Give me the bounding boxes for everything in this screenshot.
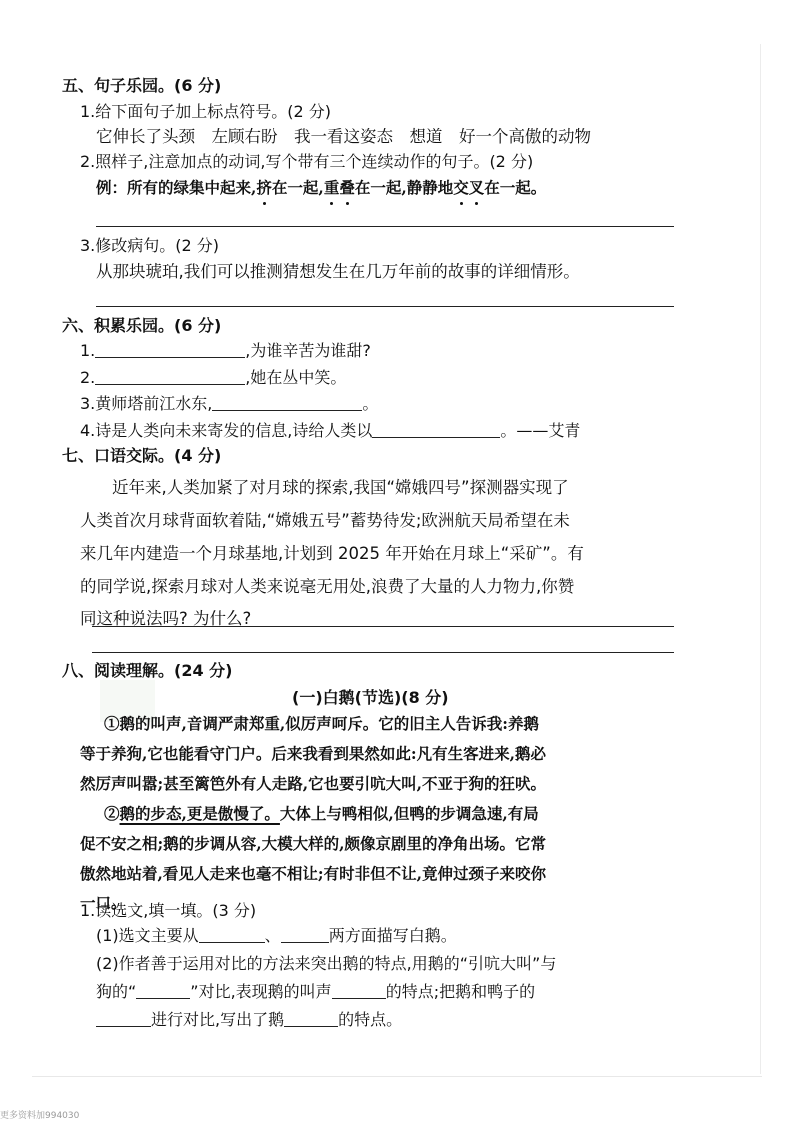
- section5-q2-prompt: 2.照样子,注意加点的动词,写个带有三个连续动作的句子。(2 分): [80, 152, 533, 172]
- section5-title: 五、句子乐园。(6 分): [62, 76, 221, 96]
- section8-title: 八、阅读理解。(24 分): [62, 661, 232, 681]
- sub-text: 狗的“: [96, 982, 136, 1001]
- section6-item-4: 4.诗是人类向未来寄发的信息,诗给人类以。——艾青: [80, 421, 580, 441]
- answer-line-s7-1[interactable]: [92, 626, 674, 627]
- section5-q2-example: 例：所有的绿集中起来,挤在一起,重叠在一起,静静地交叉在一起。: [96, 178, 546, 198]
- example-text: 例：所有的绿集中起来,: [96, 178, 256, 197]
- fill-blank[interactable]: [284, 1010, 338, 1027]
- example-text: 在一起。: [484, 178, 546, 197]
- sub-text: 、: [265, 926, 281, 945]
- item-number: 4.诗是人类向未来寄发的信息,诗给人类以: [80, 421, 372, 440]
- underlined-sentence: 鹅的步态,更是傲慢了。: [120, 804, 280, 823]
- section7-line: 来几年内建造一个月球基地,计划到 2025 年开始在月球上“采矿”。有: [80, 544, 584, 564]
- item-number: 2.: [80, 368, 95, 387]
- fill-blank[interactable]: [199, 926, 265, 943]
- passage-para2-line: 傲然地站着,看见人走来也毫不相让;有时非但不让,竟伸过颈子来咬你: [80, 864, 546, 884]
- passage-title: (一)白鹅(节选)(8 分): [292, 688, 449, 708]
- item-text: 。: [362, 394, 378, 413]
- page-edge-line: [760, 44, 761, 1074]
- section5-q1-sentence: 它伸长了头颈 左顾右盼 我一看这姿态 想道 好一个高傲的动物: [96, 127, 591, 147]
- fill-blank[interactable]: [372, 421, 500, 438]
- section8-q1-prompt: 1.读选文,填一填。(3 分): [80, 901, 256, 921]
- section5-q1-prompt: 1.给下面句子加上标点符号。(2 分): [80, 102, 331, 122]
- fill-blank[interactable]: [281, 926, 329, 943]
- fill-blank[interactable]: [332, 982, 386, 999]
- section7-line: 人类首次月球背面软着陆,“嫦娥五号”蓄势待发;欧洲航天局希望在未: [80, 511, 570, 531]
- section6-title: 六、积累乐园。(6 分): [62, 316, 221, 336]
- passage-para1-line: 等于养狗,它也能看守门户。后来我看到果然如此:凡有生客进来,鹅必: [80, 744, 546, 764]
- example-text: 在一起,静静地: [355, 178, 453, 197]
- section6-item-1: 1.,为谁辛苦为谁甜?: [80, 341, 371, 361]
- sub-text: ”对比,表现鹅的叫声: [190, 982, 331, 1001]
- section5-q3-prompt: 3.修改病句。(2 分): [80, 236, 219, 256]
- dotted-verb: 叠: [339, 178, 355, 198]
- passage-para1-line: ①鹅的叫声,音调严肃郑重,似厉声呵斥。它的旧主人告诉我:养鹅: [104, 714, 539, 734]
- item-number: 3.黄师塔前江水东,: [80, 394, 212, 413]
- fill-blank[interactable]: [95, 368, 245, 385]
- passage-para2-line: ②鹅的步态,更是傲慢了。大体上与鸭相似,但鸭的步调急速,有局: [104, 804, 539, 824]
- example-text: 在一起,: [272, 178, 324, 197]
- para-marker: ②: [104, 804, 120, 823]
- item-number: 1.: [80, 341, 95, 360]
- section8-q1-sub2-line2: 狗的“”对比,表现鹅的叫声的特点;把鹅和鸭子的: [96, 982, 535, 1002]
- para-text: 大体上与鸭相似,但鸭的步调急速,有局: [280, 804, 539, 823]
- section6-item-2: 2.,她在丛中笑。: [80, 368, 346, 388]
- fill-blank[interactable]: [136, 982, 190, 999]
- passage-para2-line: 促不安之相;鹅的步调从容,大模大样的,颇像京剧里的净角出场。它常: [80, 834, 546, 854]
- item-text: 。——艾青: [500, 421, 580, 440]
- passage-para1-line: 然厉声叫嚣;甚至篱笆外有人走路,它也要引吭大叫,不亚于狗的狂吠。: [80, 774, 546, 794]
- dotted-verb: 挤: [256, 178, 272, 198]
- dotted-verb: 叉: [469, 178, 485, 198]
- section8-q1-sub2-line1: (2)作者善于运用对比的方法来突出鹅的特点,用鹅的“引吭大叫”与: [96, 954, 556, 974]
- sub-text: (1)选文主要从: [96, 926, 199, 945]
- fill-blank[interactable]: [95, 341, 245, 358]
- section6-item-3: 3.黄师塔前江水东,。: [80, 394, 378, 414]
- section7-line: 的同学说,探索月球对人类来说毫无用处,浪费了大量的人力物力,你赞: [80, 577, 574, 597]
- answer-line-q2[interactable]: [96, 226, 674, 227]
- fill-blank[interactable]: [96, 1010, 151, 1027]
- section8-q1-sub1: (1)选文主要从、两方面描写白鹅。: [96, 926, 457, 946]
- dotted-verb: 交: [453, 178, 469, 198]
- item-text: ,为谁辛苦为谁甜?: [245, 341, 371, 360]
- page-bottom-line: [32, 1076, 762, 1077]
- sub-text: 进行对比,写出了鹅: [151, 1010, 284, 1029]
- section8-q1-sub2-line3: 进行对比,写出了鹅的特点。: [96, 1010, 402, 1030]
- answer-line-q3[interactable]: [96, 306, 674, 307]
- exam-page: 五、句子乐园。(6 分) 1.给下面句子加上标点符号。(2 分) 它伸长了头颈 …: [0, 0, 793, 1122]
- section7-title: 七、口语交际。(4 分): [62, 446, 221, 466]
- section7-line: 近年来,人类加紧了对月球的探索,我国“嫦娥四号”探测器实现了: [112, 478, 569, 498]
- item-text: ,她在丛中笑。: [245, 368, 346, 387]
- section5-q3-sentence: 从那块琥珀,我们可以推测猜想发生在几万年前的故事的详细情形。: [96, 262, 580, 282]
- sub-text: 的特点;把鹅和鸭子的: [386, 982, 535, 1001]
- watermark-text: 更多资料加994030: [0, 1108, 79, 1121]
- answer-line-s7-2[interactable]: [92, 652, 674, 653]
- dotted-verb: 重: [324, 178, 340, 198]
- sub-text: 的特点。: [338, 1010, 402, 1029]
- sub-text: 两方面描写白鹅。: [329, 926, 457, 945]
- fill-blank[interactable]: [212, 394, 362, 411]
